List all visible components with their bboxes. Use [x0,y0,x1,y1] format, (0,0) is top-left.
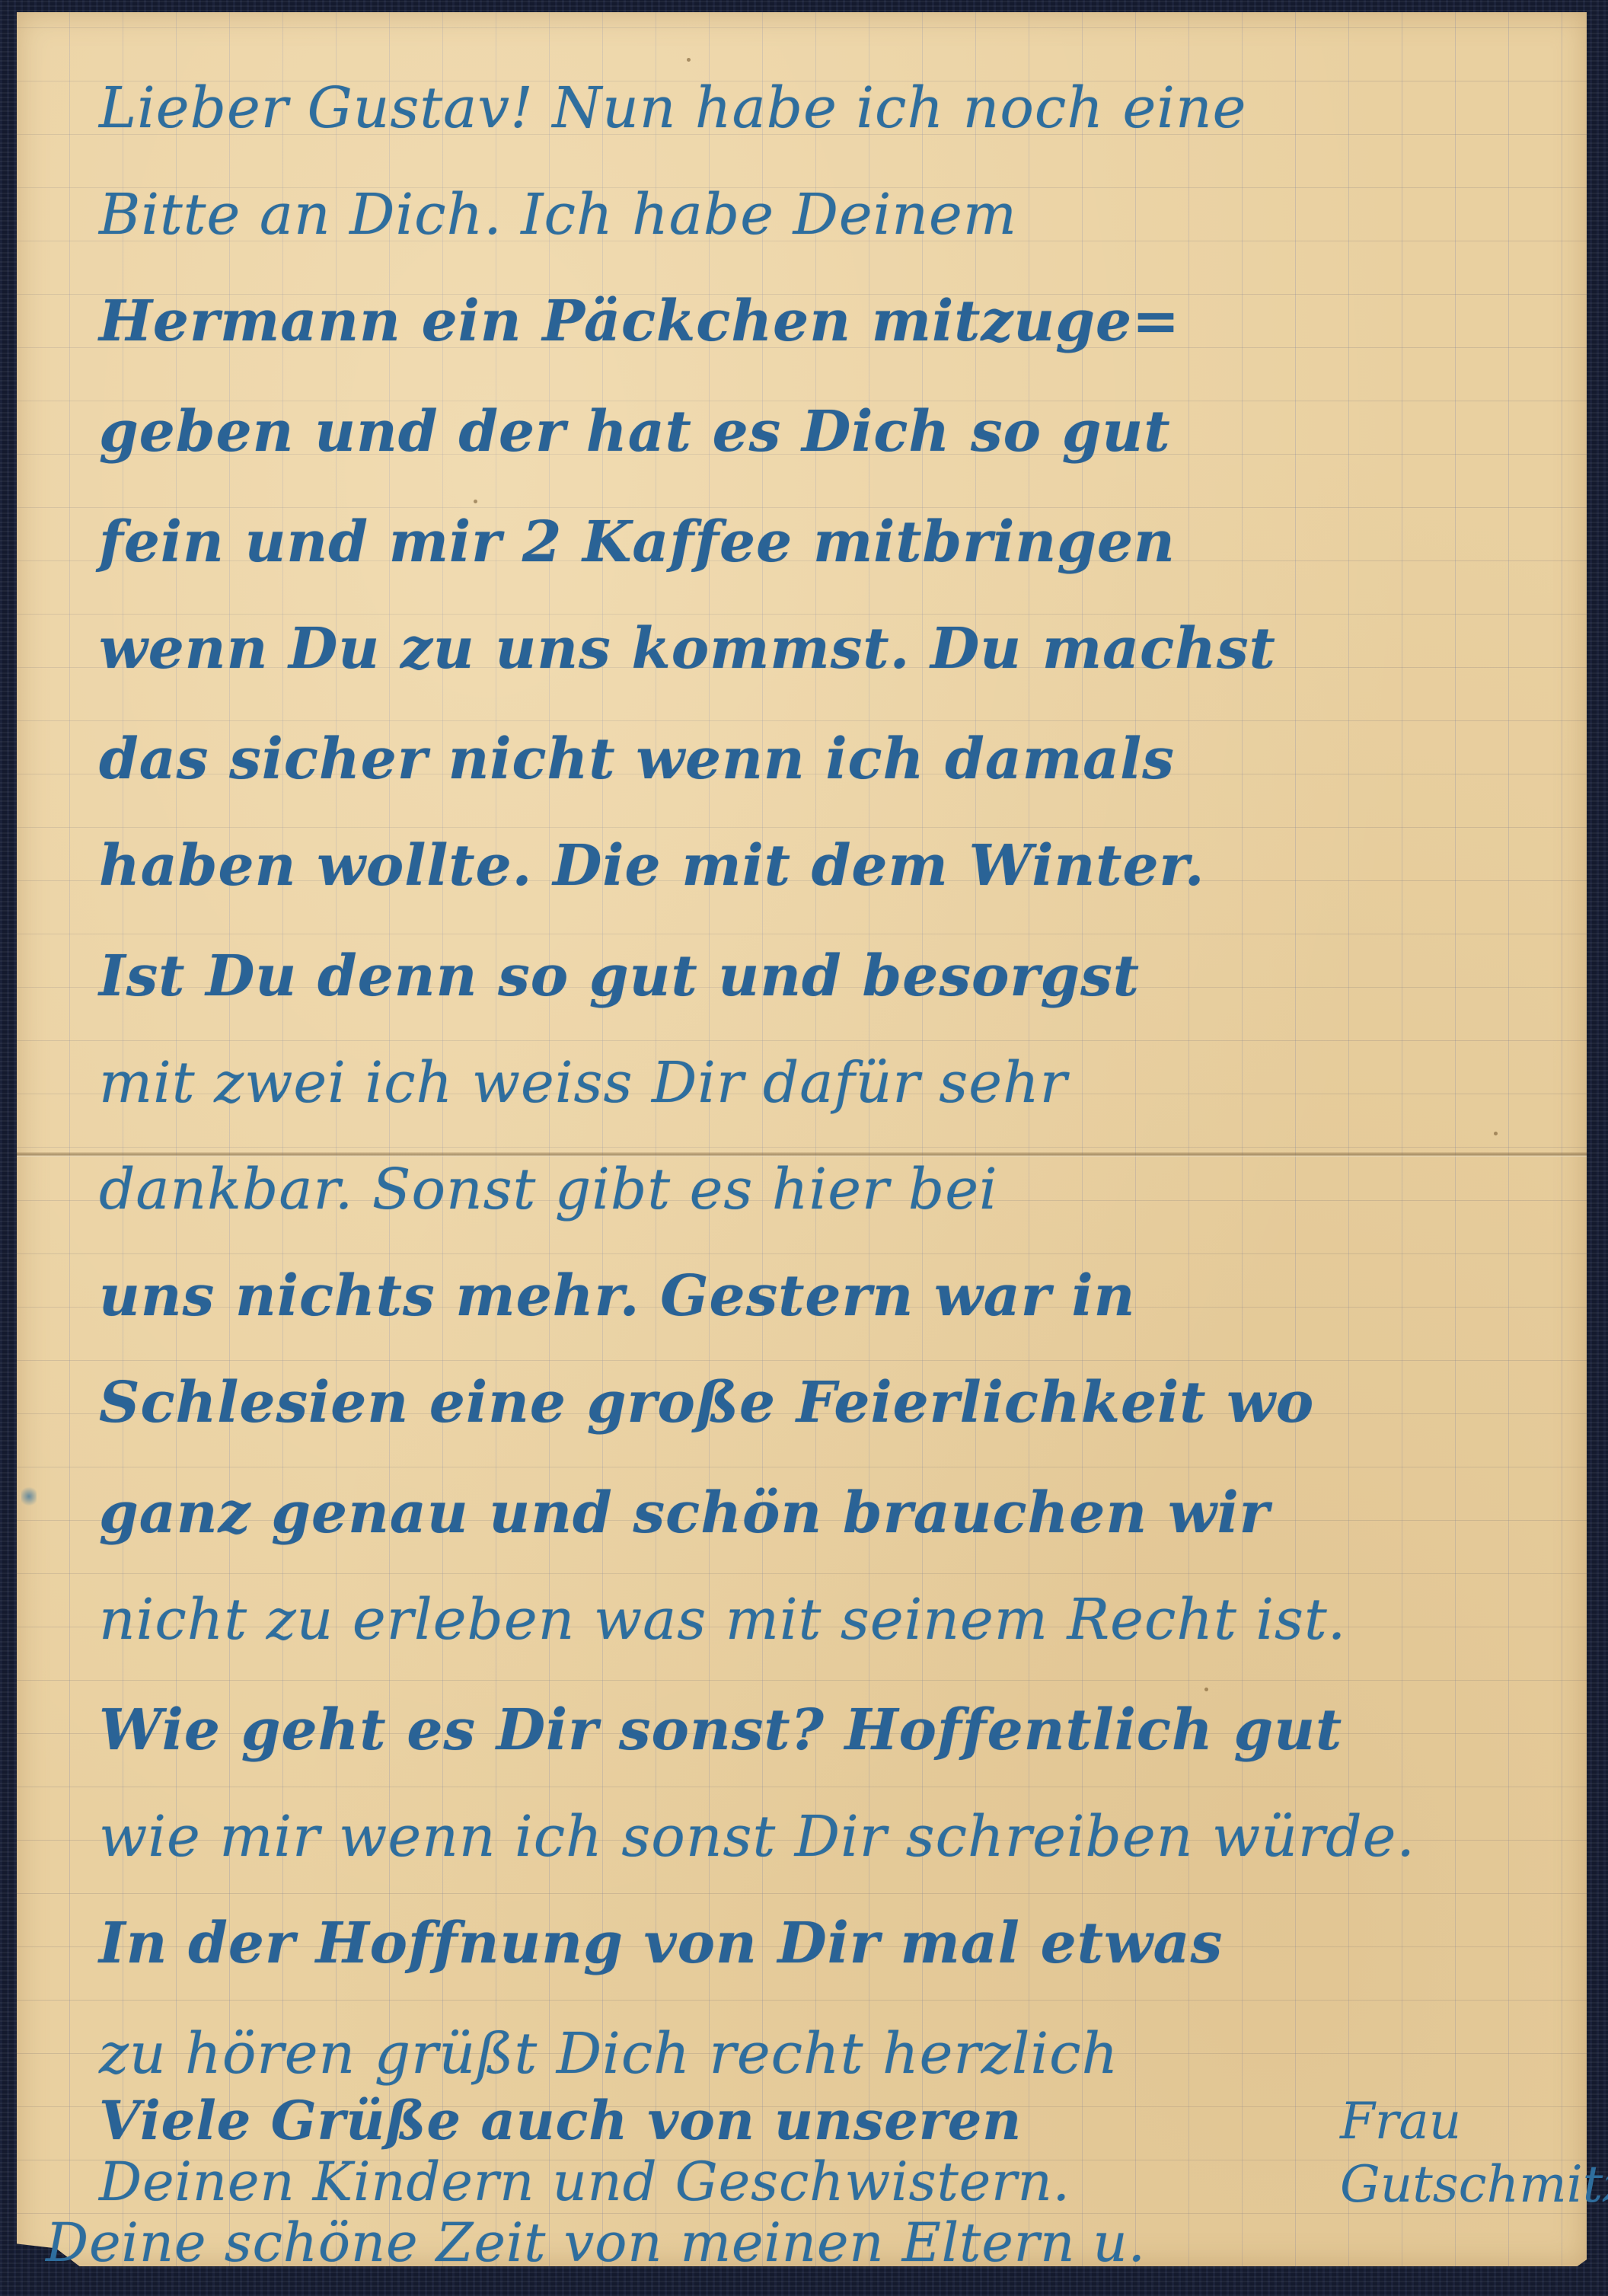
paper-fleck [1494,1132,1498,1135]
paper-fleck [687,58,691,62]
letter-line: In der Hoffnung von Dir mal etwas [99,1915,1223,1972]
letter-line: Ist Du denn so gut und besorgst [99,948,1140,1004]
letter-line: wenn Du zu uns kommst. Du machst [99,621,1276,677]
letter-line: fein und mir 2 Kaffee mitbringen [99,514,1176,570]
letter-line: geben und der hat es Dich so gut [99,404,1171,460]
letter-line: Bitte an Dich. Ich habe Deinem [99,187,1017,243]
letter-line: Hermann ein Päckchen mitzuge= [99,293,1180,350]
letter-line: mit zwei ich weiss Dir dafür sehr [99,1055,1067,1111]
letter-line: uns nichts mehr. Gestern war in [99,1268,1135,1324]
letter-line: Wie geht es Dir sonst? Hoffentlich gut [99,1702,1342,1758]
letter-line: Schlesien eine große Feierlichkeit wo [99,1375,1314,1431]
letter-line: zu hören grüßt Dich recht herzlich [99,2026,1118,2082]
closing-line: Deine schöne Zeit von meinen Eltern u. [46,2216,1146,2269]
letter-line: haben wollte. Die mit dem Winter. [99,838,1205,894]
signature-name: Gutschmitz [1340,2154,1608,2217]
ink-blot-mark [21,1485,37,1508]
signature: Frau Gutschmitz [1340,2090,1608,2216]
letter-line: wie mir wenn ich sonst Dir schreiben wür… [99,1809,1415,1865]
letter-line: Lieber Gustav! Nun habe ich noch eine [99,80,1246,136]
letter-line: ganz genau und schön brauchen wir [99,1485,1270,1541]
letter-line: nicht zu erleben was mit seinem Recht is… [99,1592,1346,1648]
paper-fleck [1204,1688,1208,1691]
signature-title: Frau [1340,2090,1608,2154]
letter-line: das sicher nicht wenn ich damals [99,731,1175,787]
letter-line: dankbar. Sonst gibt es hier bei [99,1161,998,1218]
paper-fleck [474,500,477,503]
closing-line: Viele Grüße auch von unseren [99,2094,1022,2148]
closing-line: Deinen Kindern und Geschwistern. [99,2155,1070,2208]
